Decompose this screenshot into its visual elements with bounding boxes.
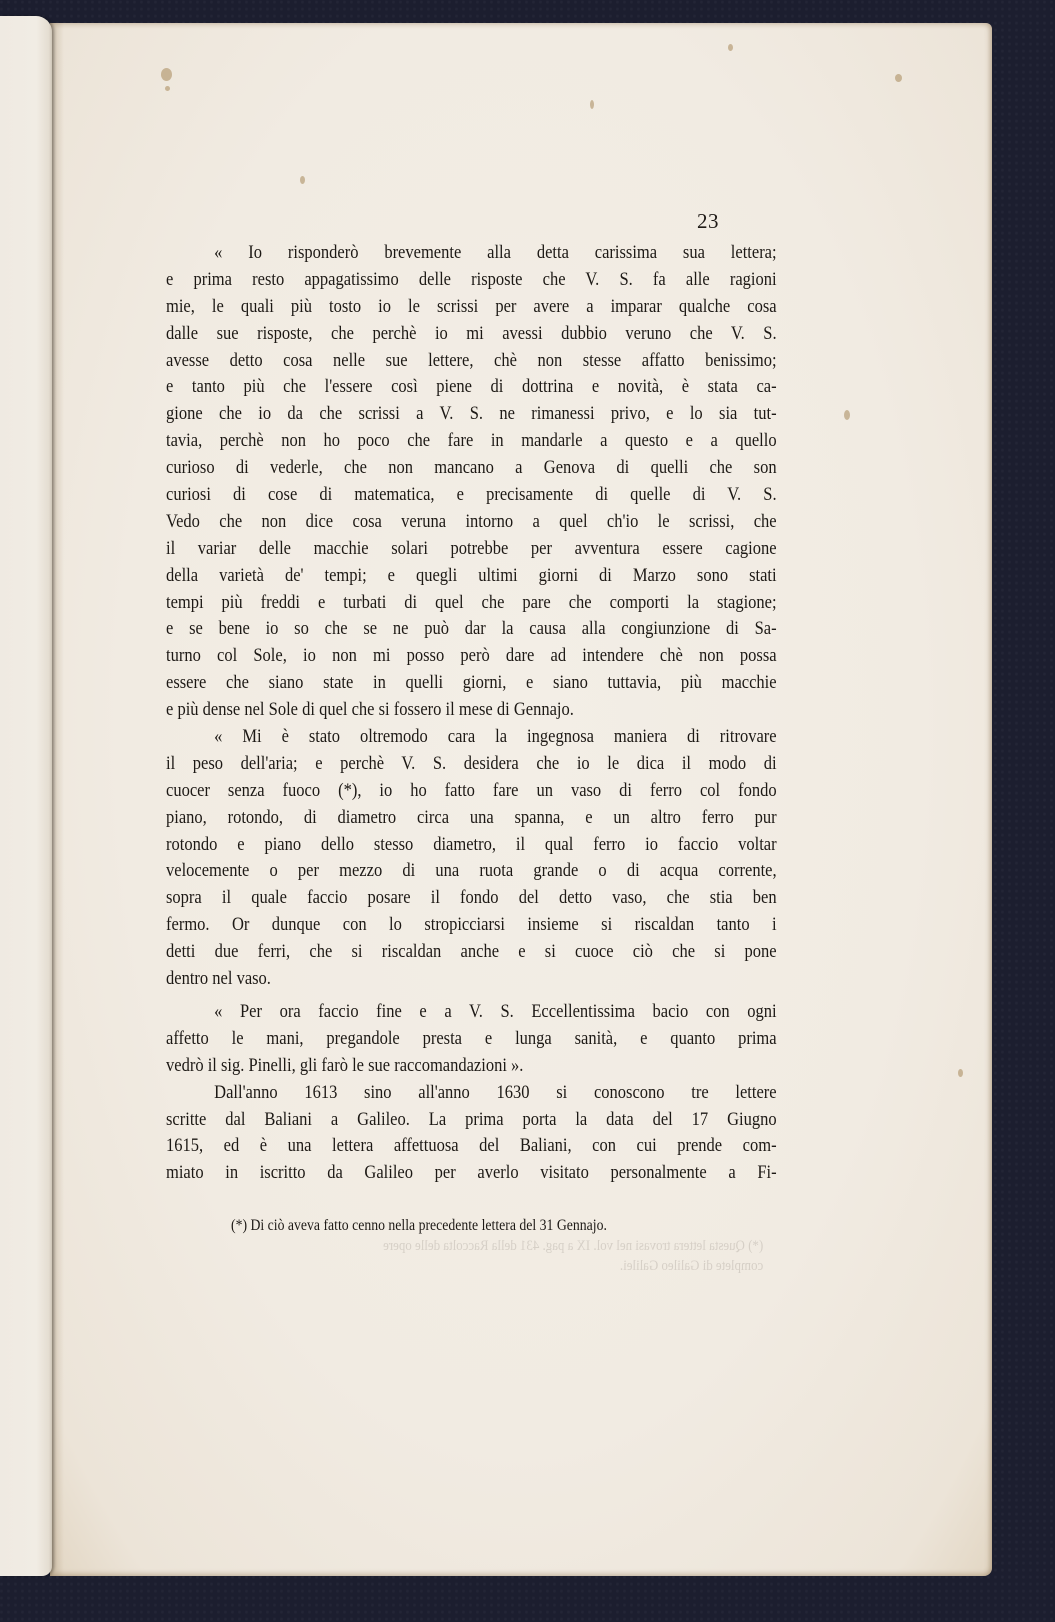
text-line: e se bene io so che se ne può dar la cau… bbox=[166, 616, 777, 643]
text-line: e prima resto appagatissimo delle rispos… bbox=[166, 267, 777, 294]
text-line: vedrò il sig. Pinelli, gli farò le sue r… bbox=[166, 1053, 777, 1080]
text-line: « Io risponderò brevemente alla detta ca… bbox=[166, 240, 777, 267]
text-line: sopra il quale faccio posare il fondo de… bbox=[166, 885, 777, 912]
text-line: il variar delle macchie solari potrebbe … bbox=[166, 536, 777, 563]
text-line: tavia, perchè non ho poco che fare in ma… bbox=[166, 428, 777, 455]
bleed-line: (*) Questa lettera trovasi nel vol. IX a… bbox=[213, 1236, 763, 1256]
bleed-through-text: (*) Questa lettera trovasi nel vol. IX a… bbox=[213, 1236, 763, 1276]
body-text: « Io risponderò brevemente alla detta ca… bbox=[166, 240, 777, 1187]
text-line: mie, le quali più tosto io le scrissi pe… bbox=[166, 294, 777, 321]
text-line: dalle sue risposte, che perchè io mi ave… bbox=[166, 321, 777, 348]
bleed-line: complete di Galileo Galilei. bbox=[213, 1256, 763, 1276]
text-line: tempi più freddi e turbati di quel che p… bbox=[166, 590, 777, 617]
text-line: fermo. Or dunque con lo stropicciarsi in… bbox=[166, 912, 777, 939]
text-line: velocemente o per mezzo di una ruota gra… bbox=[166, 858, 777, 885]
text-line: il peso dell'aria; e perchè V. S. deside… bbox=[166, 751, 777, 778]
text-line: Dall'anno 1613 sino all'anno 1630 si con… bbox=[166, 1080, 777, 1107]
text-line: curioso di vederle, che non mancano a Ge… bbox=[166, 455, 777, 482]
text-line: avesse detto cosa nelle sue lettere, chè… bbox=[166, 348, 777, 375]
foxing-spot bbox=[300, 176, 305, 184]
text-line: « Per ora faccio fine e a V. S. Eccellen… bbox=[166, 999, 777, 1026]
gutter-shadow bbox=[50, 23, 64, 1576]
foxing-spot bbox=[958, 1069, 963, 1077]
text-line: turno col Sole, io non mi posso però dar… bbox=[166, 643, 777, 670]
text-line: Vedo che non dice cosa veruna intorno a … bbox=[166, 509, 777, 536]
text-line: e più dense nel Sole di quel che si foss… bbox=[166, 697, 777, 724]
text-line: rotondo e piano dello stesso diametro, i… bbox=[166, 832, 777, 859]
text-line: curiosi di cose di matematica, e precisa… bbox=[166, 482, 777, 509]
text-line: affetto le mani, pregandole presta e lun… bbox=[166, 1026, 777, 1053]
foxing-spot bbox=[165, 86, 170, 91]
footnote: (*) Di ciò aveva fatto cenno nella prece… bbox=[231, 1214, 607, 1238]
foxing-spot bbox=[590, 100, 594, 109]
text-line: della varietà de' tempi; e quegli ultimi… bbox=[166, 563, 777, 590]
page-number: 23 bbox=[697, 209, 719, 234]
text-line: dentro nel vaso. bbox=[166, 966, 777, 993]
text-line: detti due ferri, che si riscaldan anche … bbox=[166, 939, 777, 966]
text-line: e tanto più che l'essere così piene di d… bbox=[166, 374, 777, 401]
foxing-spot bbox=[844, 410, 850, 420]
text-line: miato in iscritto da Galileo per averlo … bbox=[166, 1160, 777, 1187]
text-line: « Mi è stato oltremodo cara la ingegnosa… bbox=[166, 724, 777, 751]
text-line: cuocer senza fuoco (*), io ho fatto fare… bbox=[166, 778, 777, 805]
text-line: gione che io da che scrissi a V. S. ne r… bbox=[166, 401, 777, 428]
foxing-spot bbox=[728, 44, 733, 51]
text-line: scritte dal Baliani a Galileo. La prima … bbox=[166, 1107, 777, 1134]
text-line: 1615, ed è una lettera affettuosa del Ba… bbox=[166, 1133, 777, 1160]
foxing-spot bbox=[161, 68, 172, 81]
text-line: piano, rotondo, di diametro circa una sp… bbox=[166, 805, 777, 832]
facing-page-edge bbox=[0, 16, 52, 1576]
text-line: essere che siano state in quelli giorni,… bbox=[166, 670, 777, 697]
foxing-spot bbox=[895, 74, 902, 82]
